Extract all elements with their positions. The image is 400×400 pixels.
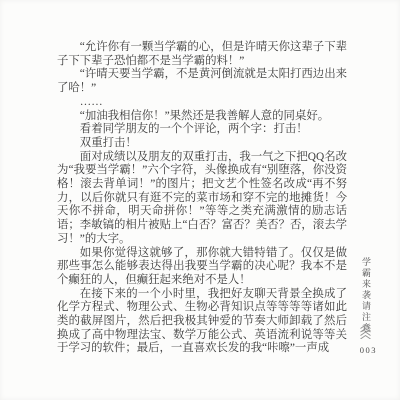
- paragraph: 看着同学朋友的一个个评论，两个字：打击！: [57, 123, 347, 137]
- paragraph: 如果你觉得这就够了，那你就大错特错了。仅仅是做那些事怎么能够表达得出我要当学霸的…: [57, 247, 347, 288]
- page-number: 003: [360, 345, 377, 355]
- paragraph: ……: [57, 96, 347, 110]
- stacked-chevrons-icon: [359, 324, 372, 339]
- chapter-title-vertical: 学霸来袭请注意: [360, 257, 373, 334]
- paragraph: “加油我相信你！”果然还是我善解人意的同桌好。: [57, 110, 347, 124]
- body-text: “允许你有一颗当学霸的心，但是许晴天你这辈子下辈子下下辈子恐怕都不是当学霸的料！…: [57, 41, 347, 356]
- paragraph: “允许你有一颗当学霸的心，但是许晴天你这辈子下辈子下下辈子恐怕都不是当学霸的料！…: [57, 41, 347, 68]
- paragraph: 双重打击！: [57, 137, 347, 151]
- paragraph: 在接下来的一个小时里，我把好友聊天背景全换成了化学方程式、物理公式、生物必背知识…: [57, 288, 347, 357]
- paragraph: 面对成绩以及朋友的双重打击，我一气之下把QQ名改为“我要当学霸！”六个字符，头像…: [57, 151, 347, 247]
- paragraph: “许晴天要当学霸，不是黄河倒流就是太阳打西边出来了哈！”: [57, 68, 347, 95]
- book-page: “允许你有一颗当学霸的心，但是许晴天你这辈子下辈子下下辈子恐怕都不是当学霸的料！…: [0, 0, 400, 400]
